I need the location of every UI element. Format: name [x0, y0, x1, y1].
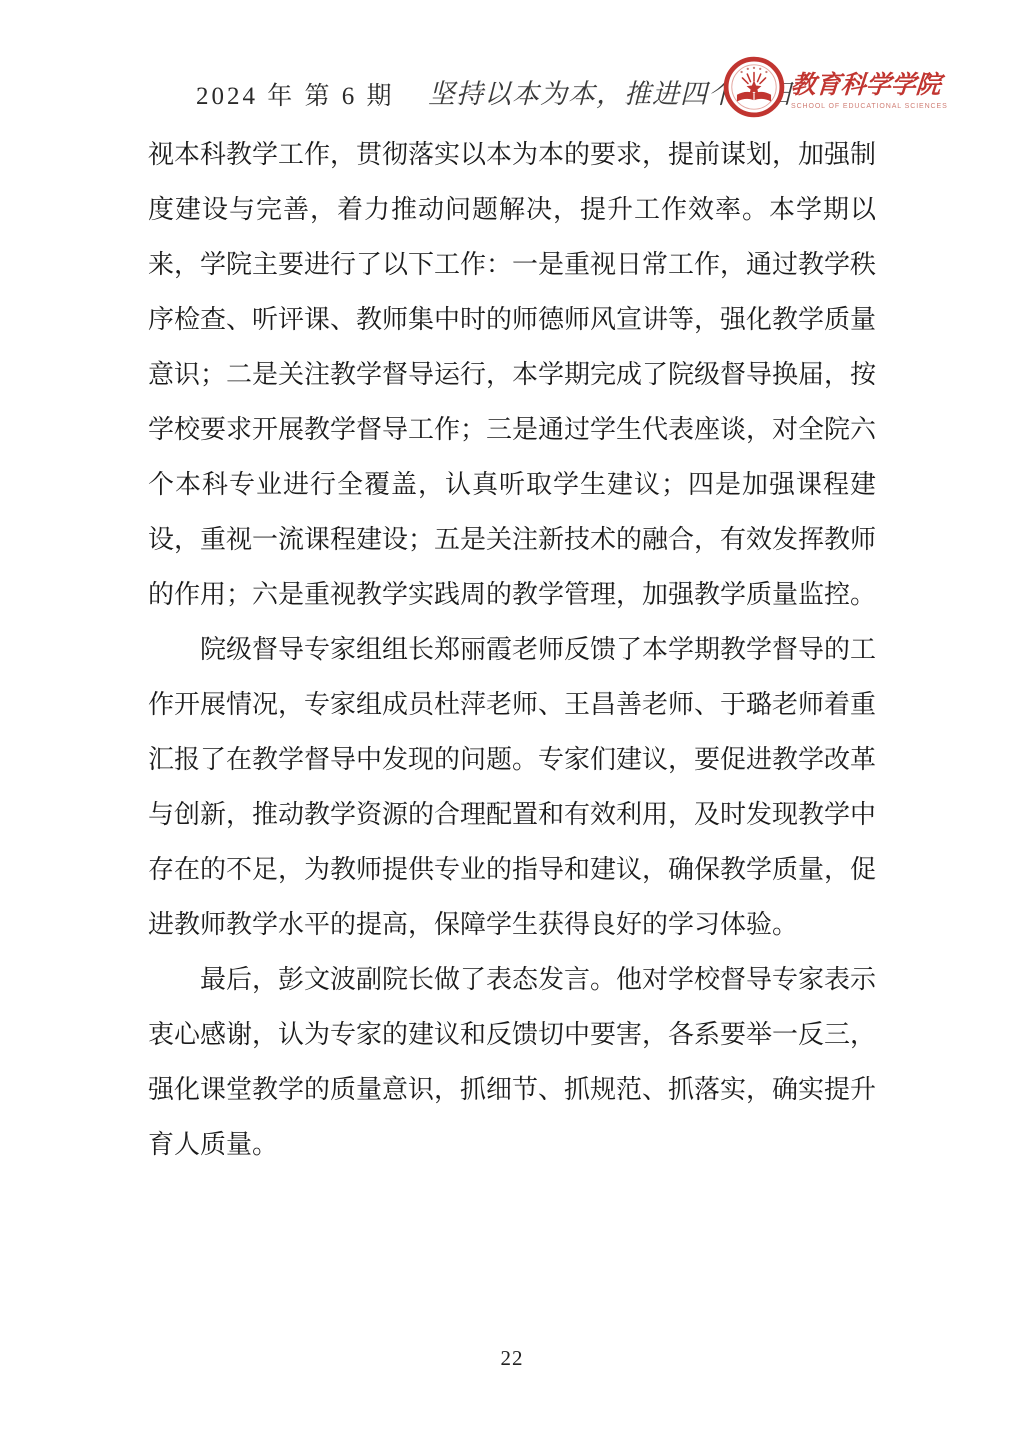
page-number: 22	[501, 1346, 524, 1370]
body-paragraph-1: 视本科教学工作，贯彻落实以本为本的要求，提前谋划，加强制度建设与完善，着力推动问…	[148, 127, 876, 622]
body-paragraph-2: 院级督导专家组组长郑丽霞老师反馈了本学期教学督导的工作开展情况，专家组成员杜萍老…	[148, 622, 876, 952]
issue-number: 2024 年 第 6 期	[196, 76, 395, 112]
college-logo: 教育科学学院 SCHOOL OF EDUCATIONAL SCIENCES	[723, 56, 948, 118]
college-logo-text: 教育科学学院 SCHOOL OF EDUCATIONAL SCIENCES	[791, 65, 948, 110]
college-name-en: SCHOOL OF EDUCATIONAL SCIENCES	[791, 103, 948, 110]
open-book-rays-emblem-icon	[723, 56, 785, 118]
page-footer: 22	[0, 1346, 1024, 1371]
page-header: 2024 年 第 6 期 坚持以本为本，推进四个回归	[0, 0, 1024, 132]
college-name-cn: 教育科学学院	[790, 65, 949, 101]
body-paragraph-3: 最后，彭文波副院长做了表态发言。他对学校督导专家表示衷心感谢，认为专家的建议和反…	[148, 952, 876, 1172]
document-page: 2024 年 第 6 期 坚持以本为本，推进四个回归	[0, 0, 1024, 1448]
document-body: 视本科教学工作，贯彻落实以本为本的要求，提前谋划，加强制度建设与完善，着力推动问…	[148, 127, 876, 1172]
